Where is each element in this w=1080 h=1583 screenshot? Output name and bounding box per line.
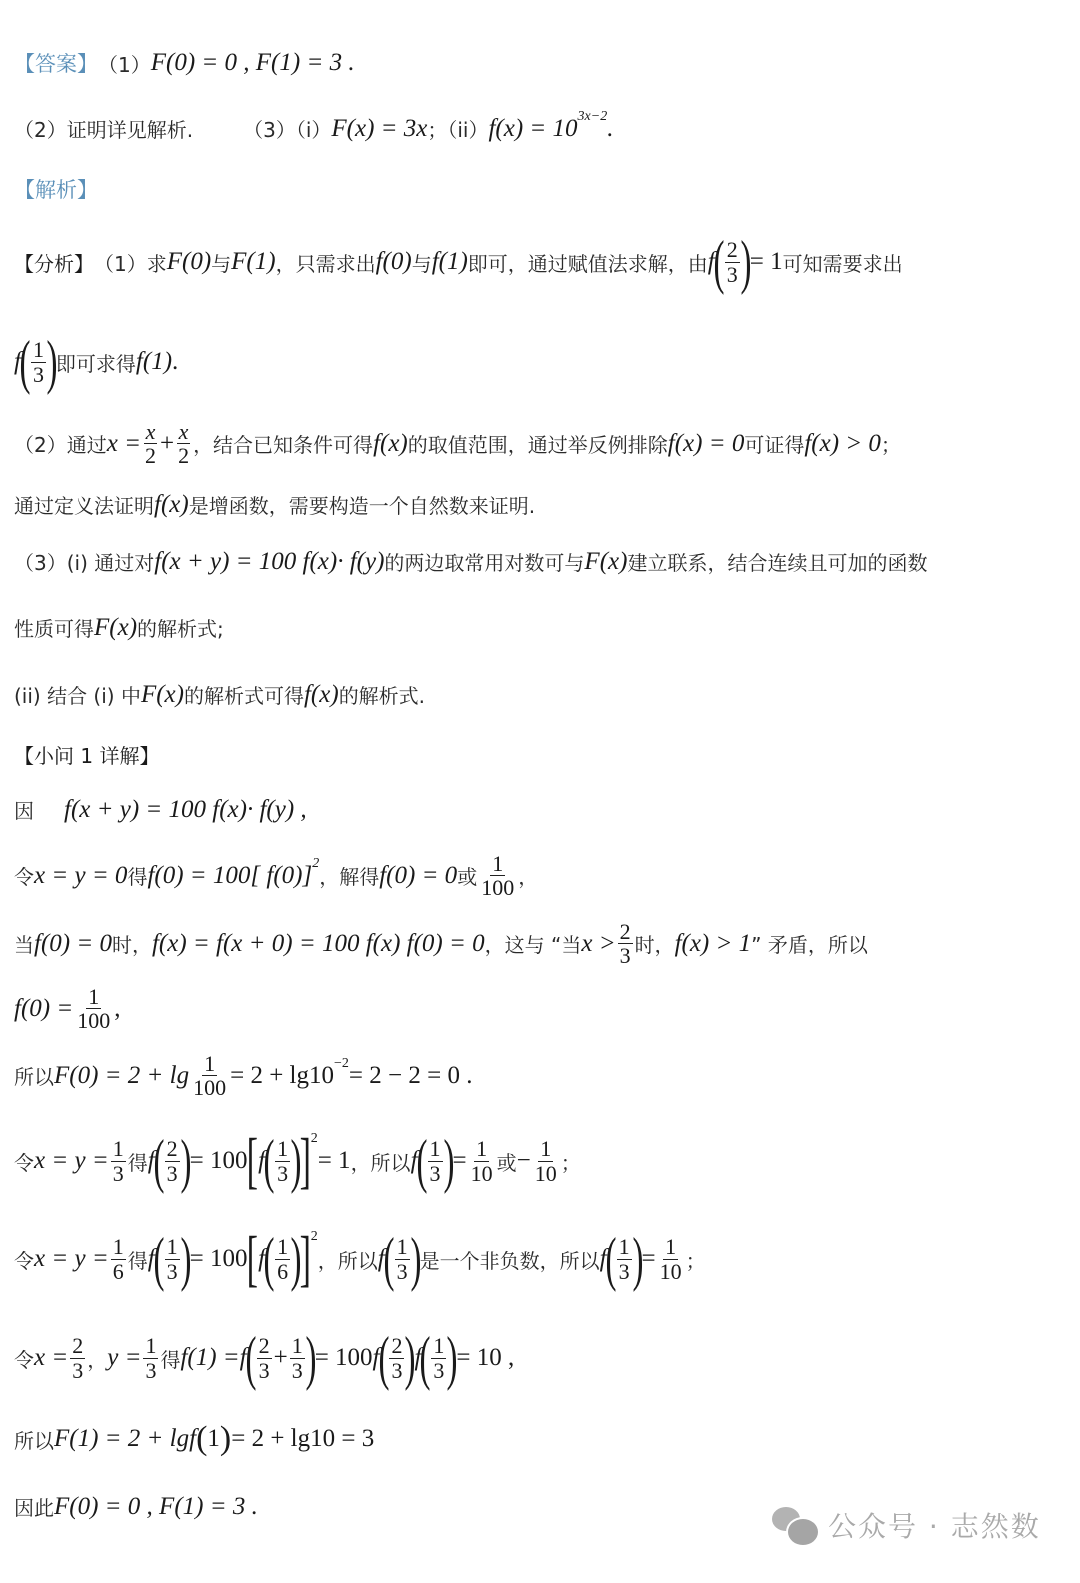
fenxi-line-6: 性质可得 F(x) 的解析式; (14, 613, 224, 642)
answer-3ii-expr: f(x) = 103x−2. (488, 115, 613, 143)
fraction: x2 (143, 420, 158, 467)
detail-step-2: 令 x = y = 0 得 f(0) = 100[ f(0)]2 ，解得 f(0… (14, 852, 538, 899)
fraction: 13 (617, 1235, 632, 1282)
fenxi-line-2: f ( 13 ) 即可求得 f(1) . (14, 332, 178, 392)
fraction: 23 (618, 920, 633, 967)
fraction: 13 (275, 1137, 290, 1184)
wechat-icon (772, 1505, 818, 1545)
watermark: 公众号 · 志然数 (772, 1505, 1041, 1545)
detail-step-7: 令 x = y = 16 得 f (13) = 100 [ f (16) ]2 … (14, 1228, 706, 1290)
fenxi-line-1: 【分析】 （1）求 F(0) 与 F(1) ，只需求出 f(0) 与 f(1) … (14, 232, 903, 292)
fraction: 23 (165, 1137, 180, 1184)
fenxi-line-4: 通过定义法证明 f(x) 是增函数，需要构造一个自然数来证明. (14, 490, 535, 519)
detail-heading: 【小问 1 详解】 (14, 740, 159, 769)
fraction: 23 (70, 1334, 85, 1381)
detail-step-4: f(0) = 1100 , (14, 985, 120, 1032)
detail-step-3: 当 f(0) = 0 时， f(x) = f(x + 0) = 100 f(x)… (14, 920, 868, 967)
fraction: 110 (533, 1137, 559, 1184)
fraction: 110 (658, 1235, 684, 1282)
detail-step-1: 因 f(x + y) = 100 f(x)· f(y) , (14, 795, 307, 824)
fraction: 23 (257, 1334, 272, 1381)
fraction: 1100 (479, 852, 516, 899)
fenxi-line-7: (ii) 结合 (i) 中 F(x) 的解析式可得 f(x) 的解析式. (14, 680, 425, 709)
fenxi-tag: 【分析】 (14, 248, 94, 277)
answer-line-2: （2） 证明详见解析. （3）（i） F(x) = 3x ；（ii） f(x) … (14, 114, 613, 143)
fraction: 13 (31, 338, 46, 385)
fenxi-line-5: （3）(i) 通过对 f(x + y) = 100 f(x)· f(y) 的两边… (14, 547, 927, 576)
detail-step-8: 令 x = 23 ， y = 13 得 f(1) = f (23 + 13) =… (14, 1328, 514, 1388)
detail-step-5: 所以 F(0) = 2 + lg 1100 = 2 + lg10−2 = 2 −… (14, 1052, 472, 1099)
fraction: 13 (165, 1235, 180, 1282)
fraction: 23 (725, 238, 740, 285)
detail-step-10: 因此 F(0) = 0 , F(1) = 3 . (14, 1492, 258, 1521)
watermark-text: 公众号 · 志然数 (828, 1505, 1041, 1545)
fraction: 16 (111, 1235, 126, 1282)
fraction: 16 (275, 1235, 290, 1282)
answer-line-1: 【答案】 （1） F(0) = 0 , F(1) = 3 . (14, 48, 355, 78)
fraction: 23 (389, 1334, 404, 1381)
analysis-heading: 【解析】 (14, 174, 98, 204)
fraction: 1100 (75, 985, 112, 1032)
fraction: 13 (395, 1235, 410, 1282)
fraction: 13 (143, 1334, 158, 1381)
answer-2-text: 证明详见解析. (67, 114, 193, 143)
detail-step-9: 所以 F(1) = 2 + lg f (1) = 2 + lg10 = 3 (14, 1420, 374, 1458)
answer-1-expr: F(0) = 0 , F(1) = 3 . (151, 49, 355, 77)
answer-tag: 【答案】 (14, 48, 98, 78)
fraction: 13 (111, 1137, 126, 1184)
answer-3i-expr: F(x) = 3x (331, 115, 427, 143)
fraction: 110 (469, 1137, 495, 1184)
fraction: 13 (428, 1137, 443, 1184)
fraction: 13 (290, 1334, 305, 1381)
detail-step-6: 令 x = y = 13 得 f (23) = 100 [ f (13) ]2 … (14, 1130, 581, 1192)
fraction: 13 (431, 1334, 446, 1381)
fenxi-line-3: （2）通过 x = x2 + x2 ，结合已知条件可得 f(x) 的取值范围，通… (14, 420, 901, 467)
fraction: 1100 (191, 1052, 228, 1099)
fraction: x2 (176, 420, 191, 467)
